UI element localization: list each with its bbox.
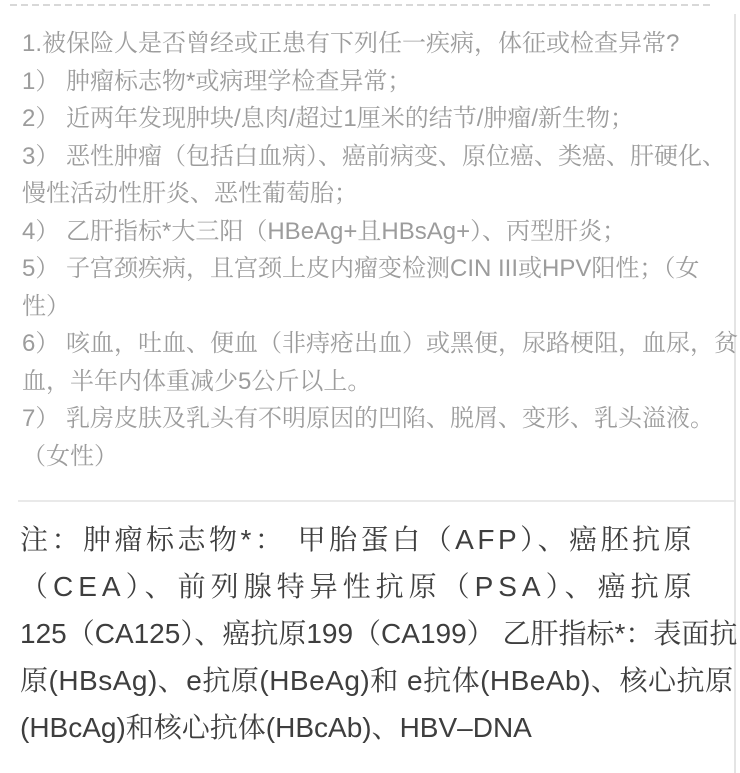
document-page: 1.被保险人是否曾经或正患有下列任一疾病，体征或检查异常? 1） 肿瘤标志物*或… [0, 0, 740, 773]
note-line: (HBcAg)和核心抗体(HBcAb)、HBV–DNA [20, 704, 730, 751]
question-item-7: 7） 乳房皮肤及乳头有不明原因的凹陷、脱屑、变形、乳头溢液。 [22, 400, 730, 438]
question-item-2: 2） 近两年发现肿块/息肉/超过1厘米的结节/肿瘤/新生物； [22, 100, 730, 138]
top-dashed-divider [10, 4, 712, 6]
question-item-3: 3） 恶性肿瘤（包括白血病）、癌前病变、原位癌、类癌、肝硬化、 [22, 138, 730, 176]
question-item-7-continued: （女性） [22, 438, 730, 476]
note-section: 注：肿瘤标志物*： 甲胎蛋白（AFP）、癌胚抗原 （CEA）、前列腺特异性抗原（… [20, 516, 730, 751]
question-title: 1.被保险人是否曾经或正患有下列任一疾病，体征或检查异常? [22, 25, 730, 63]
note-line: 125（CA125）、癌抗原199（CA199） 乙肝指标*：表面抗 [20, 610, 730, 657]
right-edge-divider [734, 14, 736, 773]
health-question-section: 1.被保险人是否曾经或正患有下列任一疾病，体征或检查异常? 1） 肿瘤标志物*或… [22, 25, 730, 475]
question-item-3-continued: 慢性活动性肝炎、恶性葡萄胎； [22, 175, 730, 213]
section-separator [18, 500, 734, 502]
note-line: 注：肿瘤标志物*： 甲胎蛋白（AFP）、癌胚抗原 [20, 516, 730, 563]
question-item-1: 1） 肿瘤标志物*或病理学检查异常； [22, 63, 730, 101]
note-line: 原(HBsAg)、e抗原(HBeAg)和 e抗体(HBeAb)、核心抗原 [20, 657, 730, 704]
question-item-5: 5） 子宫颈疾病，且宫颈上皮内瘤变检测CIN III或HPV阳性；（女 [22, 250, 730, 288]
question-item-5-continued: 性） [22, 288, 730, 326]
question-item-6: 6） 咳血，吐血、便血（非痔疮出血）或黑便，尿路梗阻，血尿，贫 [22, 325, 730, 363]
question-item-6-continued: 血，半年内体重减少5公斤以上。 [22, 363, 730, 401]
note-line: （CEA）、前列腺特异性抗原（PSA）、癌抗原 [20, 563, 730, 610]
question-item-4: 4） 乙肝指标*大三阳（HBeAg+且HBsAg+）、丙型肝炎； [22, 213, 730, 251]
